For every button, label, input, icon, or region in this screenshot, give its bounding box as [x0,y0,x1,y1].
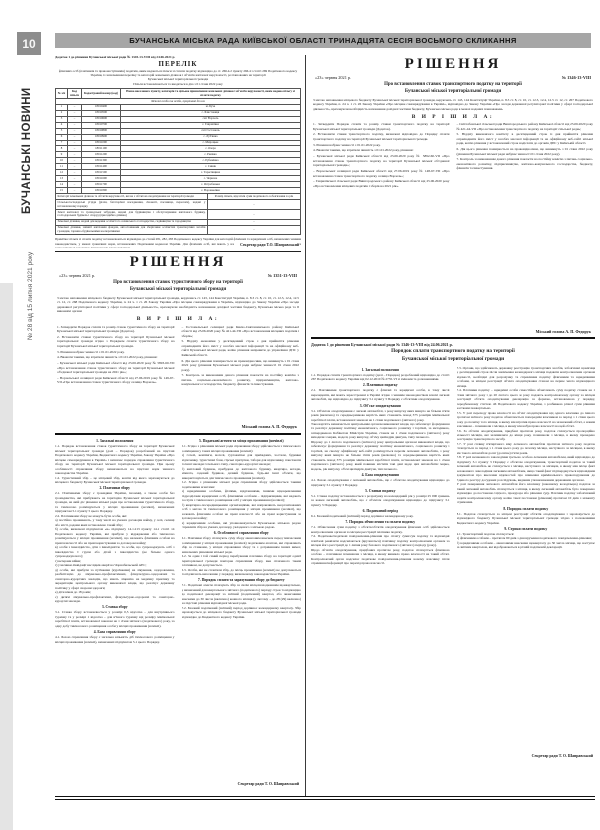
regulation-column-1: 1. Загальні положення 1.1. Порядок встан… [55,438,175,786]
decision-item: 4. Вважати такими, що втратили чинність … [57,355,175,359]
decision-item: 2. Встановити ставки туристичного збору … [57,335,175,348]
rule-thick [311,337,595,339]
cell-category-text: Сільськогосподарські угіддя (рілля, бага… [56,200,208,210]
secretary-signature: Секретар ради Т. О. Шаправський [232,782,299,786]
list-table: № з/пКод пільгиКадастровий номер (код)На… [55,88,301,194]
section-body: 4.1. Базою оподаткування є легковий авто… [311,478,450,487]
resolved-label: В И Р І Ш И Л А: [311,114,595,120]
left-half: Додаток 1 до рішення Бучанської міської … [55,55,301,786]
regulation-section: 7.3. Органи, що здійснюють державну реєс… [457,366,596,505]
secretary-signature: Секретар ради Т. О. Шаправський [526,754,593,758]
decision-preamble: З метою наповнення місцевого бюджету Буч… [57,296,299,314]
newspaper-title: БУЧАНСЬКІ НОВИНИ [21,62,33,214]
decision-item: 4. Вважати такими, що втратили чинність … [313,148,450,152]
decision-meta: «23» червня 2021 р. № 1346-13-VIII [315,75,591,80]
decision-column-1: 1. Затвердити Порядок сплати та розмір с… [57,325,175,417]
section-heading: 1. Загальні положення [311,368,450,372]
regulation-transport: 1. Загальні положення 1.1. Порядок сплат… [311,366,595,758]
regulation-section: 1. Загальні положення 1.1. Порядок сплат… [311,368,450,382]
decision-item: 7. Контроль за виконанням даного рішення… [457,157,594,170]
decision-preamble: З метою наповнення місцевого бюджету Буч… [313,98,593,111]
cell-benefit-value: – [207,210,300,220]
section-body: 5.1. Згідно з рішенням міської ради спра… [182,444,302,529]
section-heading: 3. Об'єкт оподаткування [311,404,450,408]
decision-subject: Про встановлення ставок транспортного по… [311,82,595,96]
regulation-section: 5. Податкові агенти та місця проживання … [182,439,302,529]
table-header-cell: Кадастровий номер (код) [82,89,121,99]
section-heading: 4. База оподаткування [311,473,450,477]
decision-item: – Гостомельської селищної ради Києво-Свя… [182,325,300,338]
decision-tourist: РІШЕННЯ «23» червня 2021 р. № 1351-13-VI… [55,254,301,430]
regulation-section: 2. Платники збору 2.1. Платниками збору … [55,486,175,603]
decision-item: – Гаврилівської сільської ради Вишгородс… [313,179,450,188]
page-number: 10 [17,32,41,55]
section-heading: 7. Порядок сплати та зарахування збору д… [182,578,302,582]
decision-item: 6. Дія цього рішення поширюється на прав… [457,147,594,156]
table-header-cell: Код пільги [68,89,82,99]
section-body: 7.1. Податкові агенти сплачують збір за … [182,583,302,619]
cell-category-text: Земельні ділянки, зайняті житловим фондо… [56,225,208,235]
table-bottom-row: Земельні ділянки, зайняті житловим фондо… [56,225,301,235]
regulation-section: 3. Об'єкт оподаткування 3.1. Об'єктом оп… [311,404,450,472]
rule-thick [55,433,301,435]
section-heading: 5. Податкові агенти та місця проживання … [182,439,302,443]
decision-number: № 1351-13-VIII [268,273,297,278]
decision-item: 5. Відділу виконавчого комітету в десяти… [457,132,594,145]
regulation-section: 2. Платники податку 2.1. Платниками тран… [311,383,450,401]
decision-item: 3. Рішення набуває чинності з 01.01.2022… [313,143,450,147]
decision-item: – Ворзельської селищної ради Київської о… [313,169,450,178]
decision-item: 7. Контроль за виконанням даного рішення… [182,373,300,386]
decision-item: – Бучанської міської ради Київської обла… [313,154,450,167]
section-body: 2.1. Платниками збору є громадяни Україн… [55,491,175,603]
regulation-column-2: 7.3. Органи, що здійснюють державну реєс… [457,366,596,758]
decision-number: № 1346-13-VIII [562,75,591,80]
section-body: 7.1. Обчислення суми податку з об'єкта/о… [311,525,450,565]
regulation-section: 6. Особливості справляння збору 6.1. Пла… [182,531,302,576]
table-bottom-row: Землі житлової та громадської забудови, … [56,210,301,220]
section-body: 2.1. Платниками транспортного податку є … [311,388,450,401]
section-body: 7.3. Органи, що здійснюють державну реєс… [457,366,596,505]
section-heading: 1. Загальні положення [55,439,175,443]
regulation-section: 7. Порядок обчислення та сплати податку … [311,520,450,565]
table-header-cell: № з/п [56,89,68,99]
regulation-columns: 1. Загальні положення 1.1. Порядок встан… [55,438,301,786]
decision-meta: «23» червня 2021 р. № 1351-13-VIII [59,273,297,278]
decision-column-1: 1. Затвердити Порядок сплати та розмір с… [313,122,450,328]
regulation-section: 8. Порядок сплати податку 8.1. Податок с… [457,507,596,525]
decision-item: – Ворзельської селищної ради Київської о… [57,376,175,385]
section-body: 4.1. Базою справляння збору є загальна к… [55,635,175,644]
section-body: 6.1. Платники збору сплачують суму збору… [182,536,302,576]
resolved-label: В И Р І Ш И Л А: [55,316,301,322]
decision-transport: РІШЕННЯ «23» червня 2021 р. № 1346-13-VI… [311,56,595,334]
newspaper-issue: № 28 від 15 липня 2021 року [27,214,34,340]
regulation-section: 4. База справляння збору 4.1. Базою спра… [55,630,175,644]
section-body: 1.1. Порядок встановлення ставок туристи… [55,444,175,484]
regulation-section: 1. Загальні положення 1.1. Порядок встан… [55,439,175,484]
regulation-section: 3. Ставка збору 3.1. Ставка збору встано… [55,605,175,628]
mayor-signature: Міський голова А. П. Федорук [311,329,591,334]
mayor-signature: Міський голова А. П. Федорук [236,424,297,429]
regulation-section: 5. Ставки податку 5.1. Ставка податку вс… [311,489,450,507]
cell-benefit-value: – [207,200,300,210]
list-intro: фізичних осіб (платників та правонаступн… [55,69,301,87]
regulation-column-2: 5. Податкові агенти та місця проживання … [182,438,302,786]
decision-heading: РІШЕННЯ [311,56,595,73]
decision-heading: РІШЕННЯ [55,254,301,271]
section-heading: 4. База справляння збору [55,630,175,634]
table-bottom-row: Сільськогосподарські угіддя (рілля, бага… [56,200,301,210]
decision-item: 3. Рішення набуває чинності з 01.01.2022… [57,350,175,354]
decision-item: 1. Затвердити Порядок сплати та розмір с… [313,122,450,131]
regulation-column-1: 1. Загальні положення 1.1. Порядок сплат… [311,366,450,758]
section-body: 8.1. Податок сплачується за місцем реєст… [457,512,596,525]
appendix-line: Додаток 1 до рішення Бучанської міської … [311,342,595,347]
page-edge-strip [0,283,13,830]
section-heading: 2. Платники збору [55,486,175,490]
cell-benefit-value: – [207,225,300,235]
decision-item: – Світлобанської сільської ради Вишгород… [457,122,594,131]
section-heading: 5. Ставки податку [311,489,450,493]
decision-columns: 1. Затвердити Порядок сплати та розмір с… [57,325,299,417]
decision-columns: 1. Затвердити Порядок сплати та розмір с… [313,122,593,328]
section-heading: 3. Ставка збору [55,605,175,609]
section-heading: 6. Особливості справляння збору [182,531,302,535]
table-header-row: № з/пКод пільгиКадастровий номер (код)На… [56,89,301,99]
right-half: РІШЕННЯ «23» червня 2021 р. № 1346-13-VI… [311,55,595,758]
section-body: 9.1. Транспортний податок сплачується: а… [457,532,596,550]
decision-date: «23» червня 2021 р. [59,273,95,278]
regulation-tourist: 1. Загальні положення 1.1. Порядок встан… [55,438,301,786]
decision-column-2: – Гостомельської селищної ради Києво-Свя… [182,325,300,417]
list-section: Додаток 1 до рішення Бучанської міської … [55,55,301,248]
header-banner: БУЧАНСЬКА МІСЬКА РАДА КИЇВСЬКОЇ ОБЛАСТІ … [55,33,591,48]
section-heading: 9. Строки сплати податку [457,527,596,531]
section-heading: 6. Податковий період [311,509,450,513]
column-divider [305,55,306,796]
regulation-section: 4. База оподаткування 4.1. Базою оподатк… [311,473,450,487]
section-heading: 2. Платники податку [311,383,450,387]
bottom-rule [55,796,595,800]
decision-column-2: – Світлобанської сільської ради Вишгород… [457,122,594,328]
decision-item: 1. Затвердити Порядок сплати та розмір с… [57,325,175,334]
decision-date: «23» червня 2021 р. [315,75,351,80]
decision-item: 2. Встановити ставки транспортного подат… [313,132,450,141]
list-title: ПЕРЕЛІК [55,60,301,68]
appendix-title: Порядок сплати транспортного податку на … [311,348,595,363]
list-table-bottom: Категорії земельних ділянок та об'єктів … [55,193,301,235]
section-body: 1.1. Порядок сплати транспортного податк… [311,373,450,382]
section-heading: 7. Порядок обчислення та сплати податку [311,520,450,524]
decision-subject: Про встановлення ставок туристичного збо… [55,280,301,294]
section-body: 3.1. Об'єктом оподаткування є легкові ав… [311,409,450,472]
section-body: 6.1. Базовий податковий (звітний) період… [311,514,450,518]
decision-item: – Бучанської міської ради Київської обла… [57,361,175,374]
newspaper-page: 10 БУЧАНСЬКА МІСЬКА РАДА КИЇВСЬКОЇ ОБЛАС… [0,0,600,830]
section-heading: 8. Порядок сплати податку [457,507,596,511]
regulation-section: 6. Податковий період 6.1. Базовий податк… [311,509,450,518]
regulation-section: 7. Порядок сплати та зарахування збору д… [182,578,302,619]
list-appendix-line: Додаток 1 до рішення Бучанської міської … [55,55,301,59]
regulation-section: 9. Строки сплати податку 9.1. Транспортн… [457,527,596,550]
regulation-columns: 1. Загальні положення 1.1. Порядок сплат… [311,366,595,758]
rule-thin [55,251,301,252]
decision-item: 5. Відділу економіки у десятиденний стро… [182,339,300,357]
decision-item: 6. Дія цього рішення поширюється на прав… [182,359,300,372]
list-signature: Секретар ради Т.О. Шаправський [234,243,299,247]
section-body: 5.1. Ставка податку встановлюється з роз… [311,494,450,507]
table-header-cell: Назва населеного пункту, категорія та ці… [121,89,301,99]
section-body: 3.1. Ставка збору встановлюється у розмі… [55,610,175,628]
cell-category-text: Землі житлової та громадської забудови, … [56,210,208,220]
